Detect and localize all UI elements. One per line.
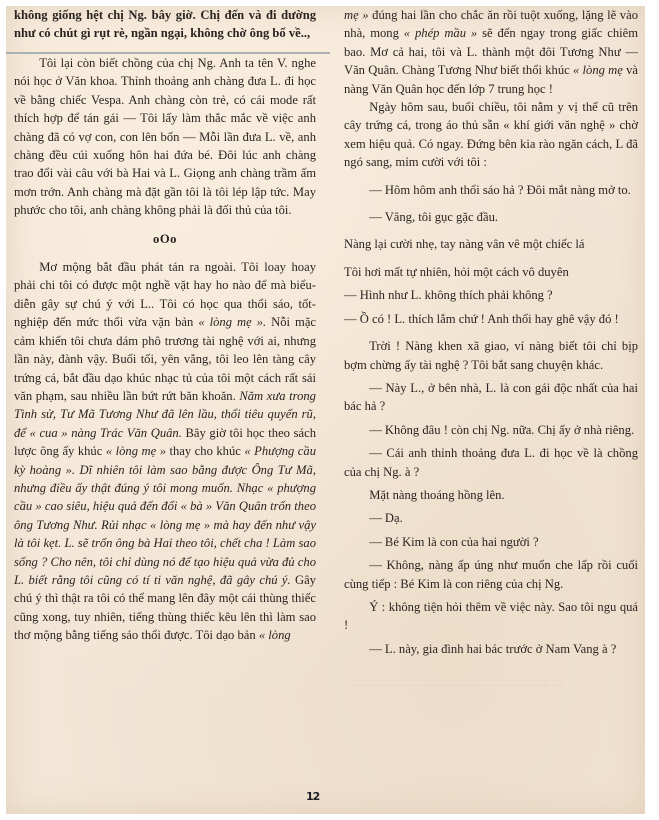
dialogue-line: — Cái anh thỉnh thoảng đưa L. đi học về … <box>344 444 638 481</box>
paragraph: Tôi lại còn biết chồng của chị Ng. Anh t… <box>14 54 316 220</box>
paragraph: Nàng lại cười nhẹ, tay nàng vân vê một c… <box>344 235 638 253</box>
dialogue-line: — Ồ có ! L. thích lắm chứ ! Anh thổi hay… <box>344 310 638 328</box>
dialogue-line: — Vâng, tôi gục gặc đầu. <box>344 208 638 226</box>
paragraph: Tôi hơi mất tự nhiên, hỏi một cách vô du… <box>344 263 638 281</box>
dialogue-line: — Bé Kim là con của hai người ? <box>344 533 638 551</box>
italic-text: « lòng mẹ <box>573 63 623 77</box>
paragraph: Mặt nàng thoáng hồng lên. <box>344 486 638 504</box>
bleed-through-text: ········································… <box>351 676 563 694</box>
italic-text: « lòng mẹ » <box>106 444 166 458</box>
paragraph: Mơ mộng bắt đầu phát tán ra ngoài. Tôi l… <box>14 258 316 645</box>
dialogue-line: — Hôm hôm anh thổi sáo hả ? Đôi mắt nàng… <box>344 181 638 199</box>
dialogue-line: — Dạ. <box>344 509 638 527</box>
italic-text: « phép mầu » <box>404 26 477 40</box>
dialogue-line: — Không đâu ! còn chị Ng. nữa. Chị ấy ở … <box>344 421 638 439</box>
dialogue-line: — L. này, gia đình hai bác trước ở Nam V… <box>344 640 638 658</box>
dialogue-line: — Này L., ở bên nhà, L. là con gái độc n… <box>344 379 638 416</box>
paragraph: không giống hệt chị Ng. bây giờ. Chị đến… <box>14 6 316 42</box>
italic-text: « Phượng cầu kỳ hoàng ». Dĩ nhiên tôi là… <box>14 444 316 587</box>
paragraph: Ý : không tiện hỏi thêm về việc này. Sao… <box>344 598 638 635</box>
italic-text: « lòng mẹ ». <box>198 315 266 329</box>
section-separator: oOo <box>14 230 316 248</box>
right-column: mẹ » đúng hai lần cho chắc ăn rồi tuột x… <box>344 6 638 658</box>
scanned-page: ········································… <box>6 6 645 814</box>
italic-text: « lòng <box>259 628 291 642</box>
italic-text: mẹ » <box>344 8 369 22</box>
dialogue-line: — Không, nàng ấp úng như muốn che lấp rồ… <box>344 556 638 593</box>
page-number: 12 <box>306 790 319 803</box>
text: thay cho khúc <box>166 444 244 458</box>
paragraph: Trời ! Nàng khen xã giao, ví nàng biết t… <box>344 337 638 374</box>
paragraph: mẹ » đúng hai lần cho chắc ăn rồi tuột x… <box>344 6 638 98</box>
paragraph: Ngày hôm sau, buổi chiều, tôi nằm y vị t… <box>344 98 638 172</box>
dialogue-line: — Hình như L. không thích phải không ? <box>344 286 638 304</box>
left-column: không giống hệt chị Ng. bây giờ. Chị đến… <box>14 6 316 645</box>
